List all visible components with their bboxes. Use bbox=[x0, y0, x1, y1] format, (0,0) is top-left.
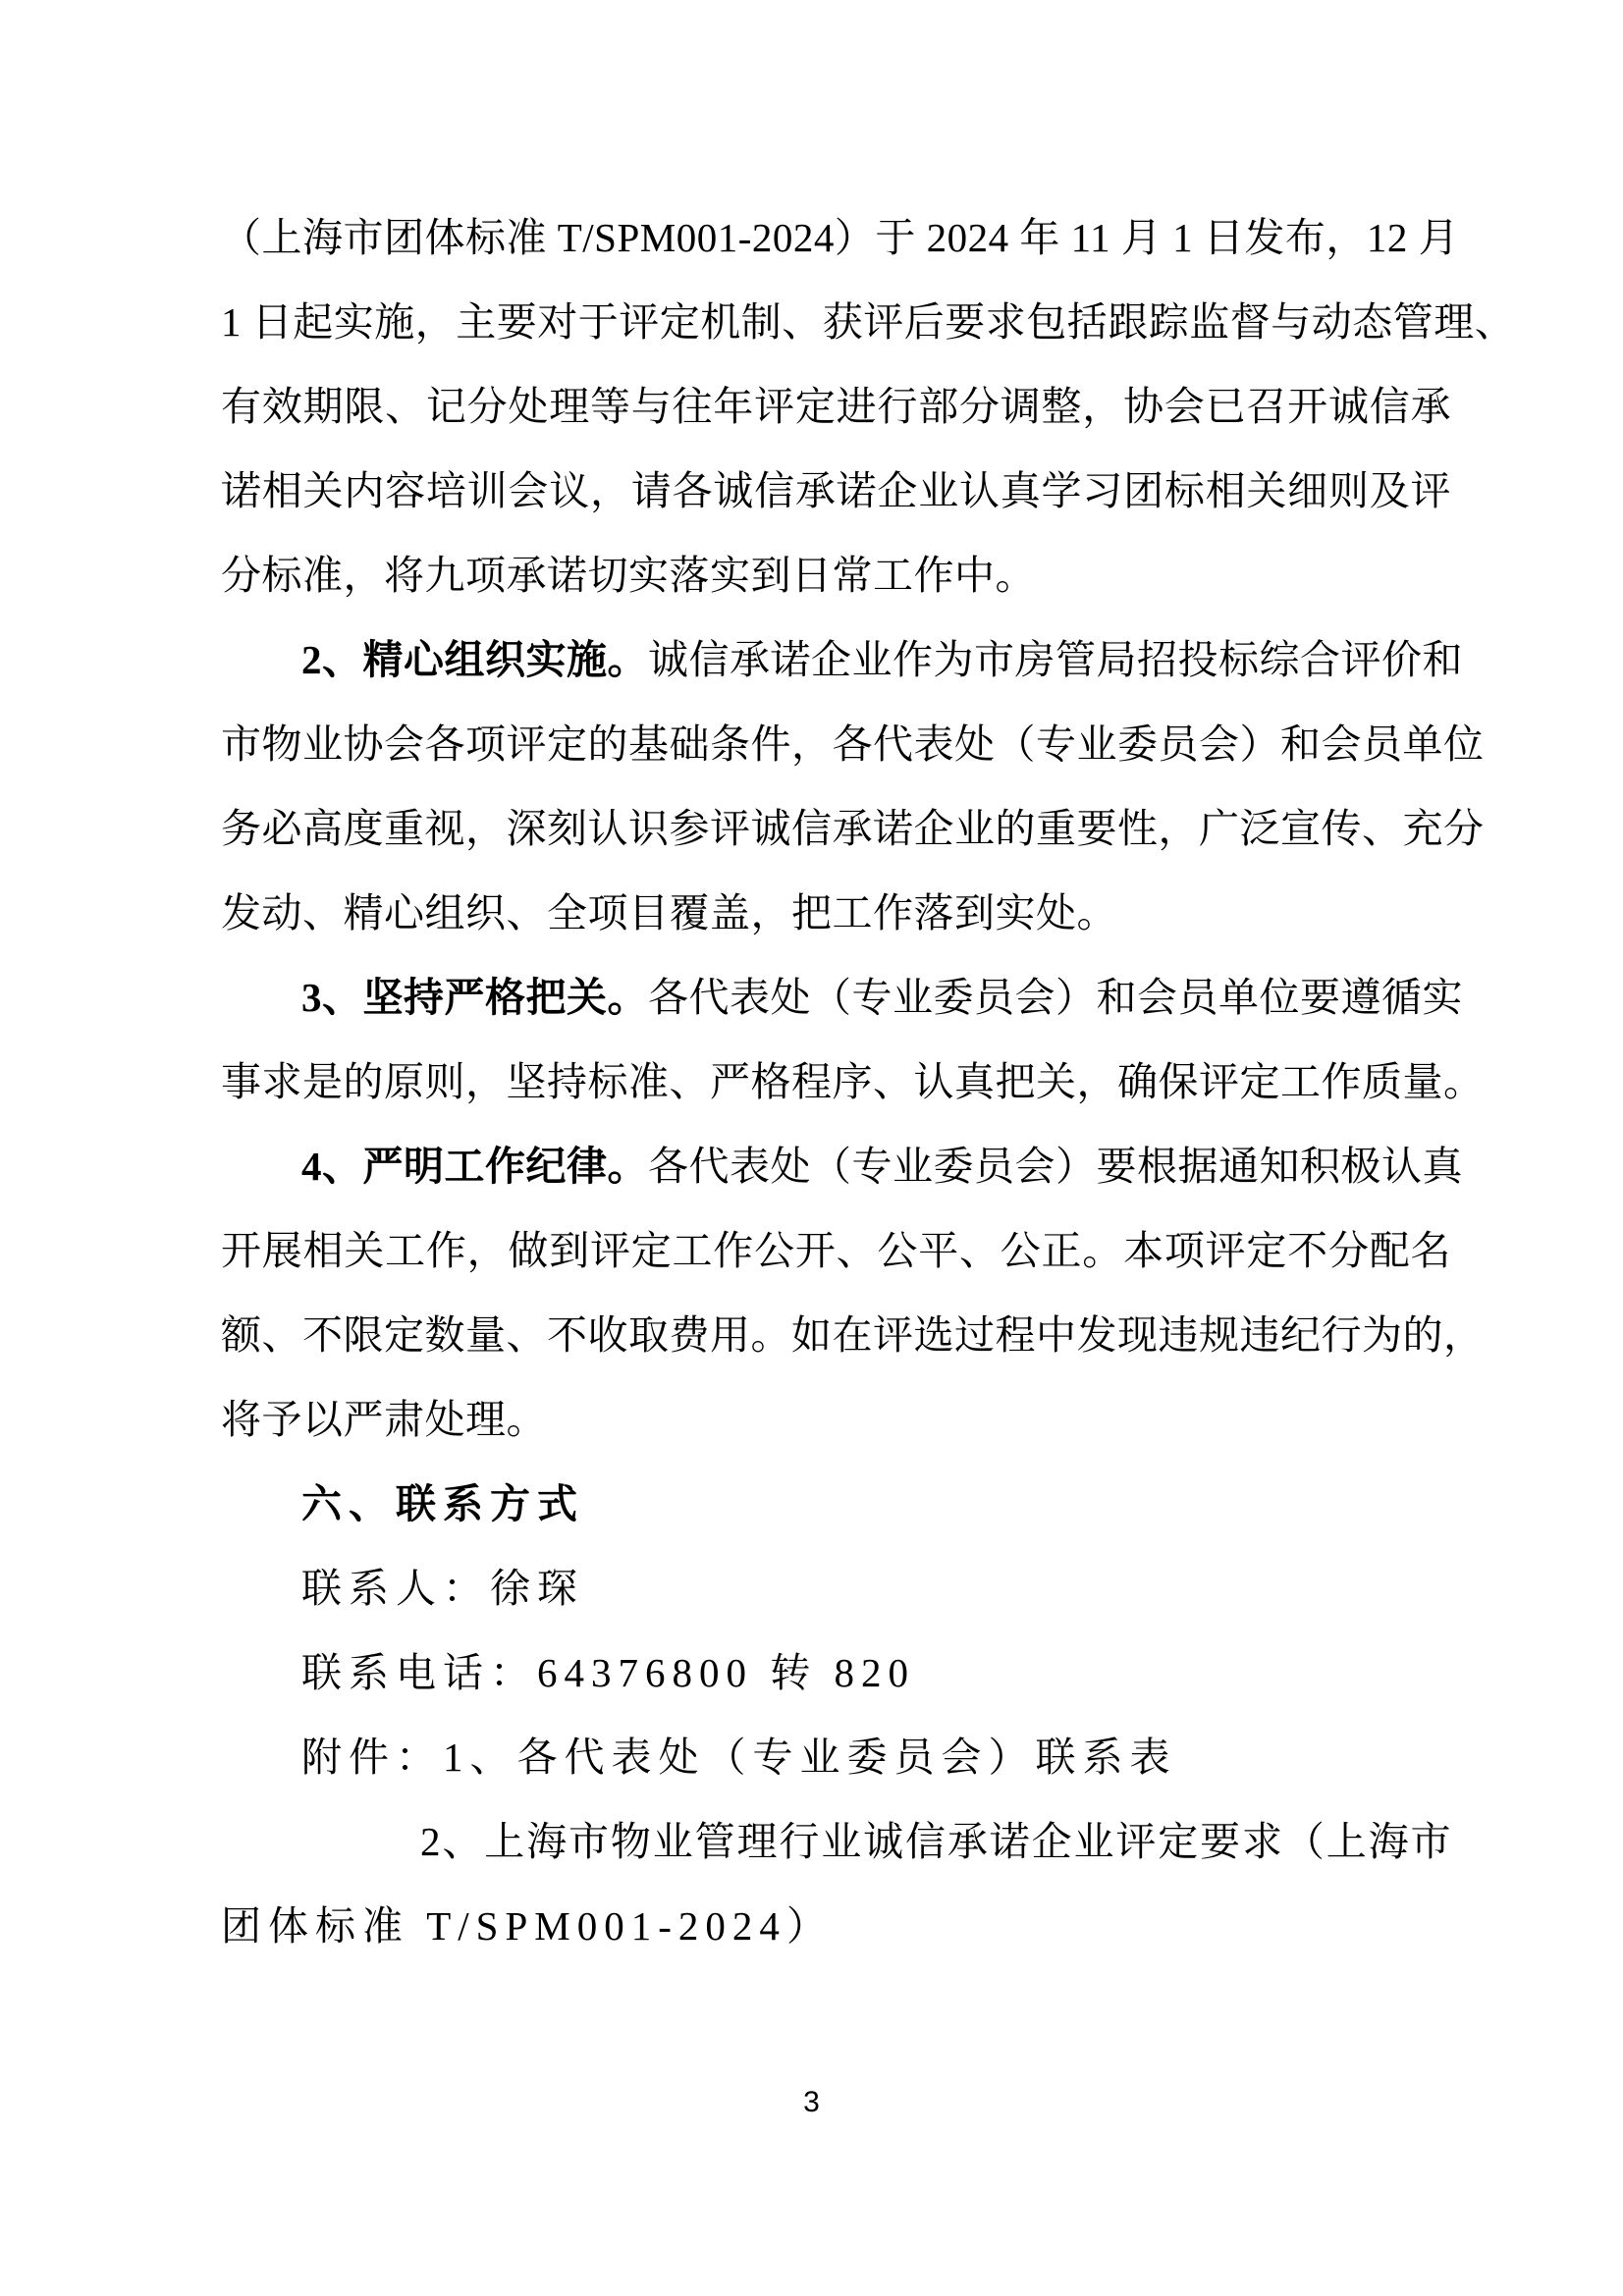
text-line: 2、精心组织实施。诚信承诺企业作为市房管局招投标综合评价和 bbox=[221, 617, 1451, 702]
text-run: 团体标准 T/SPM001-2024） bbox=[221, 1903, 834, 1949]
text-line: 发动、精心组织、全项目覆盖，把工作落到实处。 bbox=[221, 871, 1451, 955]
document-page: （上海市团体标准 T/SPM001-2024）于 2024 年 11 月 1 日… bbox=[0, 0, 1623, 2296]
text-run: 2、上海市物业管理行业诚信承诺企业评定要求（上海市 bbox=[420, 1819, 1451, 1864]
text-line: 联系电话：64376800 转 820 bbox=[221, 1630, 1451, 1715]
text-run: 额、不限定数量、不收取费用。如在评选过程中发现违规违纪行为的， bbox=[221, 1312, 1485, 1358]
text-run: 各代表处（专业委员会）和会员单位要遵循实 bbox=[648, 975, 1463, 1020]
text-line: 务必高度重视，深刻认识参评诚信承诺企业的重要性，广泛宣传、充分 bbox=[221, 786, 1451, 871]
text-line: 附件：1、各代表处（专业委员会）联系表 bbox=[221, 1715, 1451, 1799]
text-line: 诺相关内容培训会议，请各诚信承诺企业认真学习团标相关细则及评 bbox=[221, 449, 1451, 533]
text-line: 六、联系方式 bbox=[221, 1462, 1451, 1546]
text-line: 分标准，将九项承诺切实落实到日常工作中。 bbox=[221, 533, 1451, 617]
text-run: 市物业协会各项评定的基础条件，各代表处（专业委员会）和会员单位 bbox=[221, 721, 1485, 767]
text-run: 各代表处（专业委员会）要根据通知积极认真 bbox=[648, 1144, 1463, 1189]
text-run: （上海市团体标准 T/SPM001-2024）于 2024 年 11 月 1 日… bbox=[221, 215, 1459, 260]
text-run: 将予以严肃处理。 bbox=[221, 1397, 547, 1442]
text-line: 事求是的原则，坚持标准、严格程序、认真把关，确保评定工作质量。 bbox=[221, 1040, 1451, 1124]
text-line: 1 日起实施，主要对于评定机制、获评后要求包括跟踪监督与动态管理、 bbox=[221, 280, 1451, 364]
text-run: 务必高度重视，深刻认识参评诚信承诺企业的重要性，广泛宣传、充分 bbox=[221, 806, 1485, 851]
text-run: 发动、精心组织、全项目覆盖，把工作落到实处。 bbox=[221, 890, 1117, 935]
text-run: 开展相关工作，做到评定工作公开、公平、公正。本项评定不分配名 bbox=[221, 1228, 1451, 1273]
text-run: 联系人：徐琛 bbox=[301, 1566, 584, 1611]
text-run: 事求是的原则，坚持标准、严格程序、认真把关，确保评定工作质量。 bbox=[221, 1059, 1485, 1104]
text-run: 附件：1、各代表处（专业委员会）联系表 bbox=[301, 1735, 1177, 1780]
text-run: 有效期限、记分处理等与往年评定进行部分调整，协会已召开诚信承 bbox=[221, 384, 1451, 429]
page-number: 3 bbox=[0, 2085, 1623, 2120]
bold-text-run: 3、坚持严格把关。 bbox=[301, 975, 648, 1020]
text-line: 联系人：徐琛 bbox=[221, 1546, 1451, 1630]
bold-text-run: 4、严明工作纪律。 bbox=[301, 1144, 648, 1189]
text-run: 联系电话：64376800 转 820 bbox=[301, 1650, 915, 1695]
text-line: 将予以严肃处理。 bbox=[221, 1377, 1451, 1462]
bold-text-run: 六、联系方式 bbox=[301, 1481, 584, 1526]
bold-text-run: 2、精心组织实施。 bbox=[301, 637, 648, 682]
text-run: 1 日起实施，主要对于评定机制、获评后要求包括跟踪监督与动态管理、 bbox=[221, 299, 1515, 345]
text-line: 额、不限定数量、不收取费用。如在评选过程中发现违规违纪行为的， bbox=[221, 1293, 1451, 1377]
text-line: 开展相关工作，做到评定工作公开、公平、公正。本项评定不分配名 bbox=[221, 1208, 1451, 1293]
text-line: 4、严明工作纪律。各代表处（专业委员会）要根据通知积极认真 bbox=[221, 1124, 1451, 1208]
text-line: （上海市团体标准 T/SPM001-2024）于 2024 年 11 月 1 日… bbox=[221, 195, 1451, 280]
text-line: 3、坚持严格把关。各代表处（专业委员会）和会员单位要遵循实 bbox=[221, 955, 1451, 1040]
text-run: 诺相关内容培训会议，请各诚信承诺企业认真学习团标相关细则及评 bbox=[221, 468, 1451, 513]
document-body: （上海市团体标准 T/SPM001-2024）于 2024 年 11 月 1 日… bbox=[221, 195, 1451, 1968]
text-run: 分标准，将九项承诺切实落实到日常工作中。 bbox=[221, 553, 1036, 598]
text-line: 团体标准 T/SPM001-2024） bbox=[221, 1884, 1451, 1968]
text-line: 市物业协会各项评定的基础条件，各代表处（专业委员会）和会员单位 bbox=[221, 702, 1451, 786]
text-line: 有效期限、记分处理等与往年评定进行部分调整，协会已召开诚信承 bbox=[221, 364, 1451, 449]
text-line: 2、上海市物业管理行业诚信承诺企业评定要求（上海市 bbox=[221, 1799, 1451, 1884]
text-run: 诚信承诺企业作为市房管局招投标综合评价和 bbox=[648, 637, 1463, 682]
